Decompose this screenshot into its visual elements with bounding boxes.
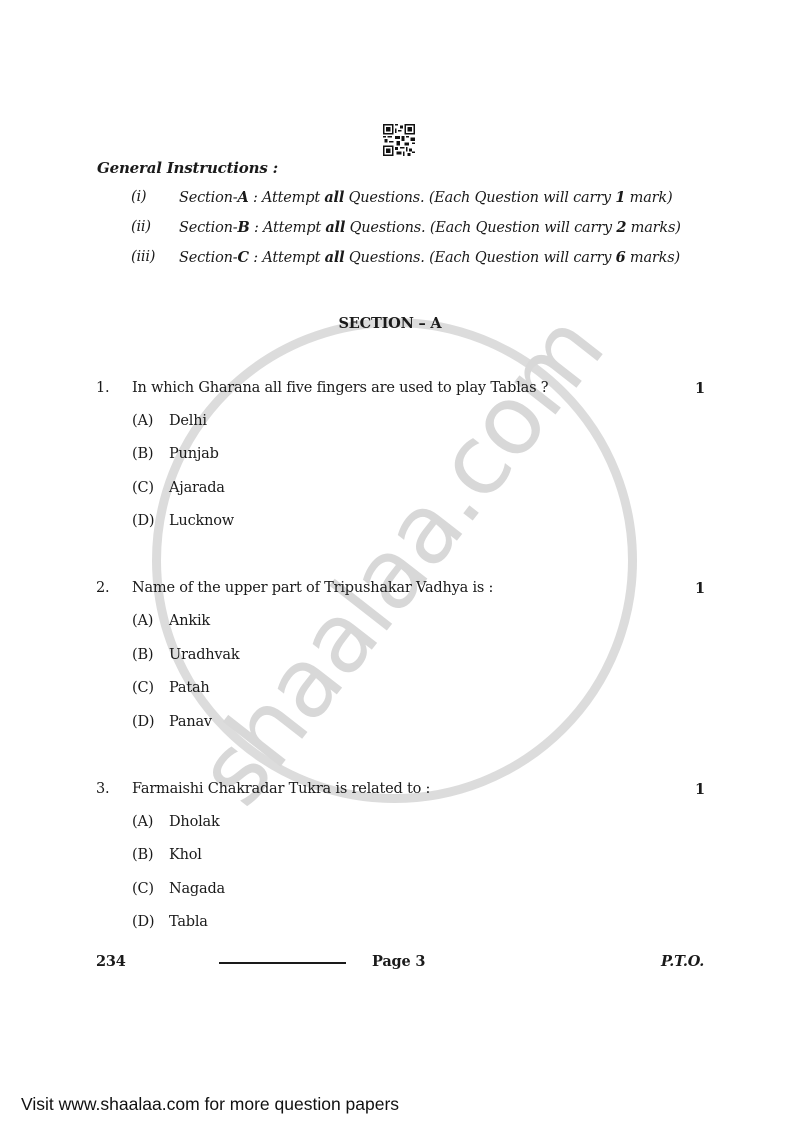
question-marks: 1 <box>695 580 705 597</box>
option-label: (C) <box>132 480 154 496</box>
question-text: In which Gharana all five fingers are us… <box>132 380 548 396</box>
option-label: (B) <box>132 647 153 663</box>
option-text: Uradhvak <box>169 647 239 663</box>
option-label: (D) <box>132 513 154 529</box>
question-paper-page: shaalaa.com General Instructions : (i) <box>0 0 800 1131</box>
option-text: Ajarada <box>169 480 225 496</box>
option-text: Dholak <box>169 814 220 830</box>
option-text: Panav <box>169 714 212 730</box>
page-content: General Instructions : (i) Section-A : A… <box>0 0 800 1131</box>
paper-code: 234 <box>96 953 126 970</box>
section-title: SECTION – A <box>0 315 780 332</box>
option-text: Punjab <box>169 446 219 462</box>
qr-code-icon <box>383 124 415 156</box>
option-text: Lucknow <box>169 513 234 529</box>
pto-label: P.T.O. <box>661 953 704 970</box>
question-marks: 1 <box>695 380 705 397</box>
instruction-item-text: Section-B : Attempt all Questions. (Each… <box>179 219 681 236</box>
option-text: Tabla <box>169 914 208 930</box>
instruction-item-text: Section-C : Attempt all Questions. (Each… <box>179 249 680 266</box>
question-marks: 1 <box>695 781 705 798</box>
instruction-number: (i) <box>131 189 146 205</box>
option-text: Patah <box>169 680 210 696</box>
instruction-item: (ii) <box>131 219 151 235</box>
promo-link[interactable]: Visit www.shaalaa.com for more question … <box>21 1094 399 1115</box>
instruction-number: (ii) <box>131 219 151 235</box>
option-label: (C) <box>132 881 154 897</box>
question-text: Name of the upper part of Tripushakar Va… <box>132 580 493 596</box>
option-label: (D) <box>132 914 154 930</box>
instruction-item: (iii) <box>131 249 155 265</box>
option-label: (B) <box>132 847 153 863</box>
instruction-item-text: Section-A : Attempt all Questions. (Each… <box>179 189 672 206</box>
option-label: (B) <box>132 446 153 462</box>
option-label: (A) <box>132 814 153 830</box>
footer-divider <box>219 962 346 964</box>
page-number: Page 3 <box>372 953 425 970</box>
general-instructions-title: General Instructions : <box>97 159 278 177</box>
option-label: (A) <box>132 613 153 629</box>
option-label: (C) <box>132 680 154 696</box>
instruction-item: (i) <box>131 189 146 205</box>
option-text: Khol <box>169 847 202 863</box>
instruction-number: (iii) <box>131 249 155 265</box>
question-number: 2. <box>96 580 109 596</box>
option-text: Ankik <box>169 613 210 629</box>
question-number: 3. <box>96 781 109 797</box>
option-label: (D) <box>132 714 154 730</box>
question-number: 1. <box>96 380 109 396</box>
option-label: (A) <box>132 413 153 429</box>
option-text: Delhi <box>169 413 207 429</box>
option-text: Nagada <box>169 881 225 897</box>
question-text: Farmaishi Chakradar Tukra is related to … <box>132 781 430 797</box>
